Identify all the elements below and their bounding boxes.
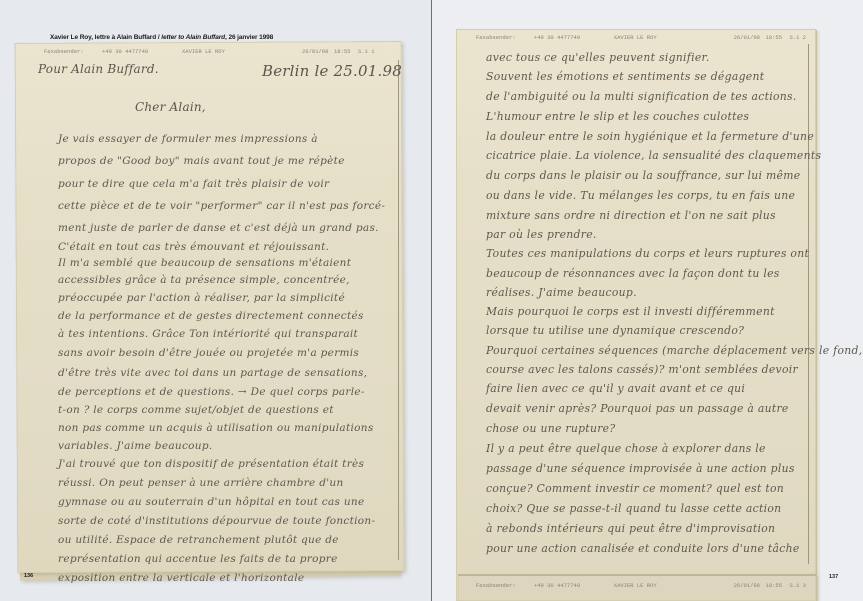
handwritten-line: C'était en tout cas très émouvant et réj…	[58, 239, 385, 255]
handwritten-line: de perceptions et de questions. → De que…	[58, 383, 385, 401]
handwritten-line: accessibles grâce à ta présence simple, …	[58, 271, 385, 289]
handwritten-line: L'humour entre le slip et les couches cu…	[486, 107, 862, 127]
letter-body-page-1: Je vais essayer de formuler mes impressi…	[58, 128, 385, 588]
fax-number: +49 30 4477740	[534, 582, 614, 589]
handwritten-line: pour te dire que cela m'a fait très plai…	[58, 173, 385, 195]
handwritten-line: non pas comme un acquis à utilisation ou…	[58, 419, 385, 437]
handwritten-line: variables. J'aime beaucoup.	[58, 437, 385, 455]
handwritten-line: chose ou une rupture?	[486, 419, 862, 439]
handwritten-line: du corps dans le plaisir ou la souffranc…	[486, 166, 862, 186]
fax-date: 26/01/98	[734, 34, 766, 41]
fax-time: 18:55	[766, 582, 790, 589]
handwritten-line: Souvent les émotions et sentiments se dé…	[486, 67, 862, 86]
fax-sender: XAVIER LE ROY	[614, 582, 734, 589]
handwritten-line: Il m'a semblé que beaucoup de sensations…	[58, 255, 385, 271]
page-number-right: 137	[829, 574, 838, 580]
fold-line	[398, 60, 399, 560]
handwritten-line: de l'ambiguité ou la multi signification…	[486, 86, 862, 107]
handwritten-line: d'être très vite avec toi dans un partag…	[58, 363, 385, 383]
fax-date: 26/01/98	[734, 582, 766, 589]
page-number-left: 136	[24, 573, 33, 579]
handwritten-line: ou utilité. Espace de retranchement plut…	[58, 531, 385, 550]
sheet-boundary	[458, 574, 816, 576]
handwritten-line: cicatrice plaie. La violence, la sensual…	[486, 146, 862, 166]
fax-sender: XAVIER LE ROY	[614, 34, 734, 41]
handwritten-line: exposition entre la verticale et l'horiz…	[58, 569, 385, 588]
handwritten-line: propos de "Good boy" mais avant tout je …	[58, 150, 385, 172]
fax-page: S.1 3	[789, 582, 806, 589]
handwritten-line: cette pièce et de te voir "performer" ca…	[58, 195, 385, 217]
handwritten-line: devait venir après? Pourquoi pas un pass…	[486, 399, 862, 419]
letter-addressee: Pour Alain Buffard.	[38, 62, 159, 76]
handwritten-line: de la performance et de gestes directeme…	[58, 307, 385, 325]
handwritten-line: préoccupée par l'action à réaliser, par …	[58, 289, 385, 307]
handwritten-line: Pourquoi certaines séquences (marche dép…	[486, 341, 862, 360]
handwritten-line: à tes intentions. Grâce Ton intériorité …	[58, 325, 385, 344]
letter-greeting: Cher Alain,	[135, 100, 206, 114]
letter-place-date: Berlin le 25.01.98	[262, 62, 402, 80]
handwritten-line: J'ai trouvé que ton dispositif de présen…	[58, 455, 385, 474]
handwritten-line: pour une action canalisée et conduite lo…	[486, 539, 862, 559]
handwritten-line: ment juste de parler de danse et c'est d…	[58, 217, 385, 239]
handwritten-line: passage d'une séquence improvisée à une …	[486, 459, 862, 479]
handwritten-line: avec tous ce qu'elles peuvent signifier.	[486, 48, 862, 67]
handwritten-line: réalises. J'aime beaucoup.	[486, 283, 862, 302]
fax-label: Faxabsender:	[44, 48, 102, 55]
fax-time: 18:55	[766, 34, 790, 41]
letter-body-page-2: avec tous ce qu'elles peuvent signifier.…	[486, 48, 862, 559]
caption-date: , 26 janvier 1998	[225, 34, 273, 41]
fax-page: S.1 1	[358, 48, 375, 55]
handwritten-line: sans avoir besoin d'être jouée ou projet…	[58, 344, 385, 363]
handwritten-line: conçue? Comment investir ce moment? quel…	[486, 479, 862, 499]
fax-number: +49 30 4477740	[102, 48, 182, 55]
fax-header-page-1: Faxabsender: +49 30 4477740 XAVIER LE RO…	[44, 48, 384, 55]
handwritten-line: faire lien avec ce qu'il y avait avant e…	[486, 379, 862, 399]
fax-number: +49 30 4477740	[534, 34, 614, 41]
fax-date: 26/01/98	[302, 48, 334, 55]
fax-time: 18:55	[334, 48, 358, 55]
handwritten-line: Il y a peut être quelque chose à explore…	[486, 439, 862, 459]
fax-label: Faxabsender:	[476, 582, 534, 589]
handwritten-line: la douleur entre le soin hygiénique et l…	[486, 127, 862, 146]
fax-header-page-2: Faxabsender: +49 30 4477740 XAVIER LE RO…	[476, 34, 806, 41]
handwritten-line: représentation qui accentue les faits de…	[58, 550, 385, 569]
handwritten-line: gymnase ou au souterrain d'un hôpital en…	[58, 493, 385, 512]
handwritten-line: à rebonds intérieurs qui peut être d'imp…	[486, 519, 862, 539]
caption-text-fr: Xavier Le Roy, lettre à Alain Buffard /	[50, 34, 161, 41]
handwritten-line: sorte de coté d'institutions dépourvue d…	[58, 512, 385, 531]
book-spread: Xavier Le Roy, lettre à Alain Buffard / …	[0, 0, 863, 601]
handwritten-line: beaucoup de résonnances avec la façon do…	[486, 264, 862, 283]
handwritten-line: Mais pourquoi le corps est il investi di…	[486, 302, 862, 321]
handwritten-line: lorsque tu utilise une dynamique crescen…	[486, 321, 862, 341]
handwritten-line: course avec les talons cassés)? m'ont se…	[486, 360, 862, 379]
handwritten-line: Toutes ces manipulations du corps et leu…	[486, 244, 862, 264]
handwritten-line: Je vais essayer de formuler mes impressi…	[58, 128, 385, 150]
handwritten-line: par où les prendre.	[486, 225, 862, 244]
fax-header-page-3: Faxabsender: +49 30 4477740 XAVIER LE RO…	[476, 582, 806, 589]
handwritten-line: réussi. On peut penser à une arrière cha…	[58, 474, 385, 493]
handwritten-line: t-on ? le corps comme sujet/objet de que…	[58, 401, 385, 419]
handwritten-line: mixture sans ordre ni direction et l'on …	[486, 206, 862, 225]
fax-sender: XAVIER LE ROY	[182, 48, 302, 55]
handwritten-line: ou dans le vide. Tu mélanges les corps, …	[486, 186, 862, 206]
caption-text-en: letter to Alain Buffard	[161, 34, 225, 41]
page-gutter	[431, 0, 432, 601]
fax-label: Faxabsender:	[476, 34, 534, 41]
fax-page: S.1 2	[789, 34, 806, 41]
handwritten-line: choix? Que se passe-t-il quand tu lasse …	[486, 499, 862, 519]
figure-caption: Xavier Le Roy, lettre à Alain Buffard / …	[50, 34, 273, 41]
